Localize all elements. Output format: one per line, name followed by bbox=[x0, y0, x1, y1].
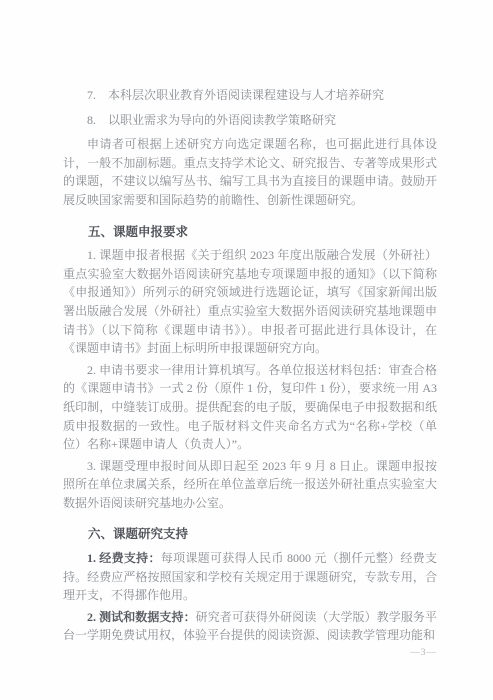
section-5-paragraph-2: 2. 申请书要求一律用计算机填写。各单位报送材料包括：审查合格的《课题申请书》一… bbox=[63, 361, 437, 454]
section-5-heading: 五、课题申报要求 bbox=[63, 223, 437, 242]
research-direction-item-7: 7. 本科层次职业教育外语阅读课程建设与人才培养研究 bbox=[63, 86, 437, 105]
section-6-paragraph-1: 1. 经费支持：每项课题可获得人民币 8000 元（捌仟元整）经费支持。经费应严… bbox=[63, 549, 437, 605]
test-data-support-lead: 2. 测试和数据支持： bbox=[87, 610, 196, 624]
research-direction-text: 以职业需求为导向的外语阅读教学策略研究 bbox=[108, 111, 336, 130]
section-6-heading: 六、课题研究支持 bbox=[63, 525, 437, 544]
section-6-paragraph-2: 2. 测试和数据支持：研究者可获得外研阅读（大学版）教学服务平台一学期免费试用权… bbox=[63, 608, 437, 645]
section-5-paragraph-1: 1. 课题申报者根据《关于组织 2023 年度出版融合发展（外研社）重点实验室大… bbox=[63, 246, 437, 358]
research-direction-item-8: 8. 以职业需求为导向的外语阅读教学策略研究 bbox=[63, 111, 437, 130]
research-direction-text: 本科层次职业教育外语阅读课程建设与人才培养研究 bbox=[108, 86, 384, 105]
document-page: 7. 本科层次职业教育外语阅读课程建设与人才培养研究 8. 以职业需求为导向的外… bbox=[0, 0, 493, 700]
page-number: —3— bbox=[410, 648, 437, 658]
document-content: 7. 本科层次职业教育外语阅读课程建设与人才培养研究 8. 以职业需求为导向的外… bbox=[63, 86, 437, 648]
research-direction-number: 7. bbox=[87, 86, 96, 105]
intro-paragraph: 申请者可根据上述研究方向选定课题名称，也可据此进行具体设计，一般不加副标题。重点… bbox=[63, 135, 437, 209]
funding-support-lead: 1. 经费支持： bbox=[87, 551, 161, 565]
research-direction-number: 8. bbox=[87, 111, 96, 130]
section-5-paragraph-3: 3. 课题受理申报时间从即日起至 2023 年 9 月 8 日止。课题申报按照所… bbox=[63, 457, 437, 513]
